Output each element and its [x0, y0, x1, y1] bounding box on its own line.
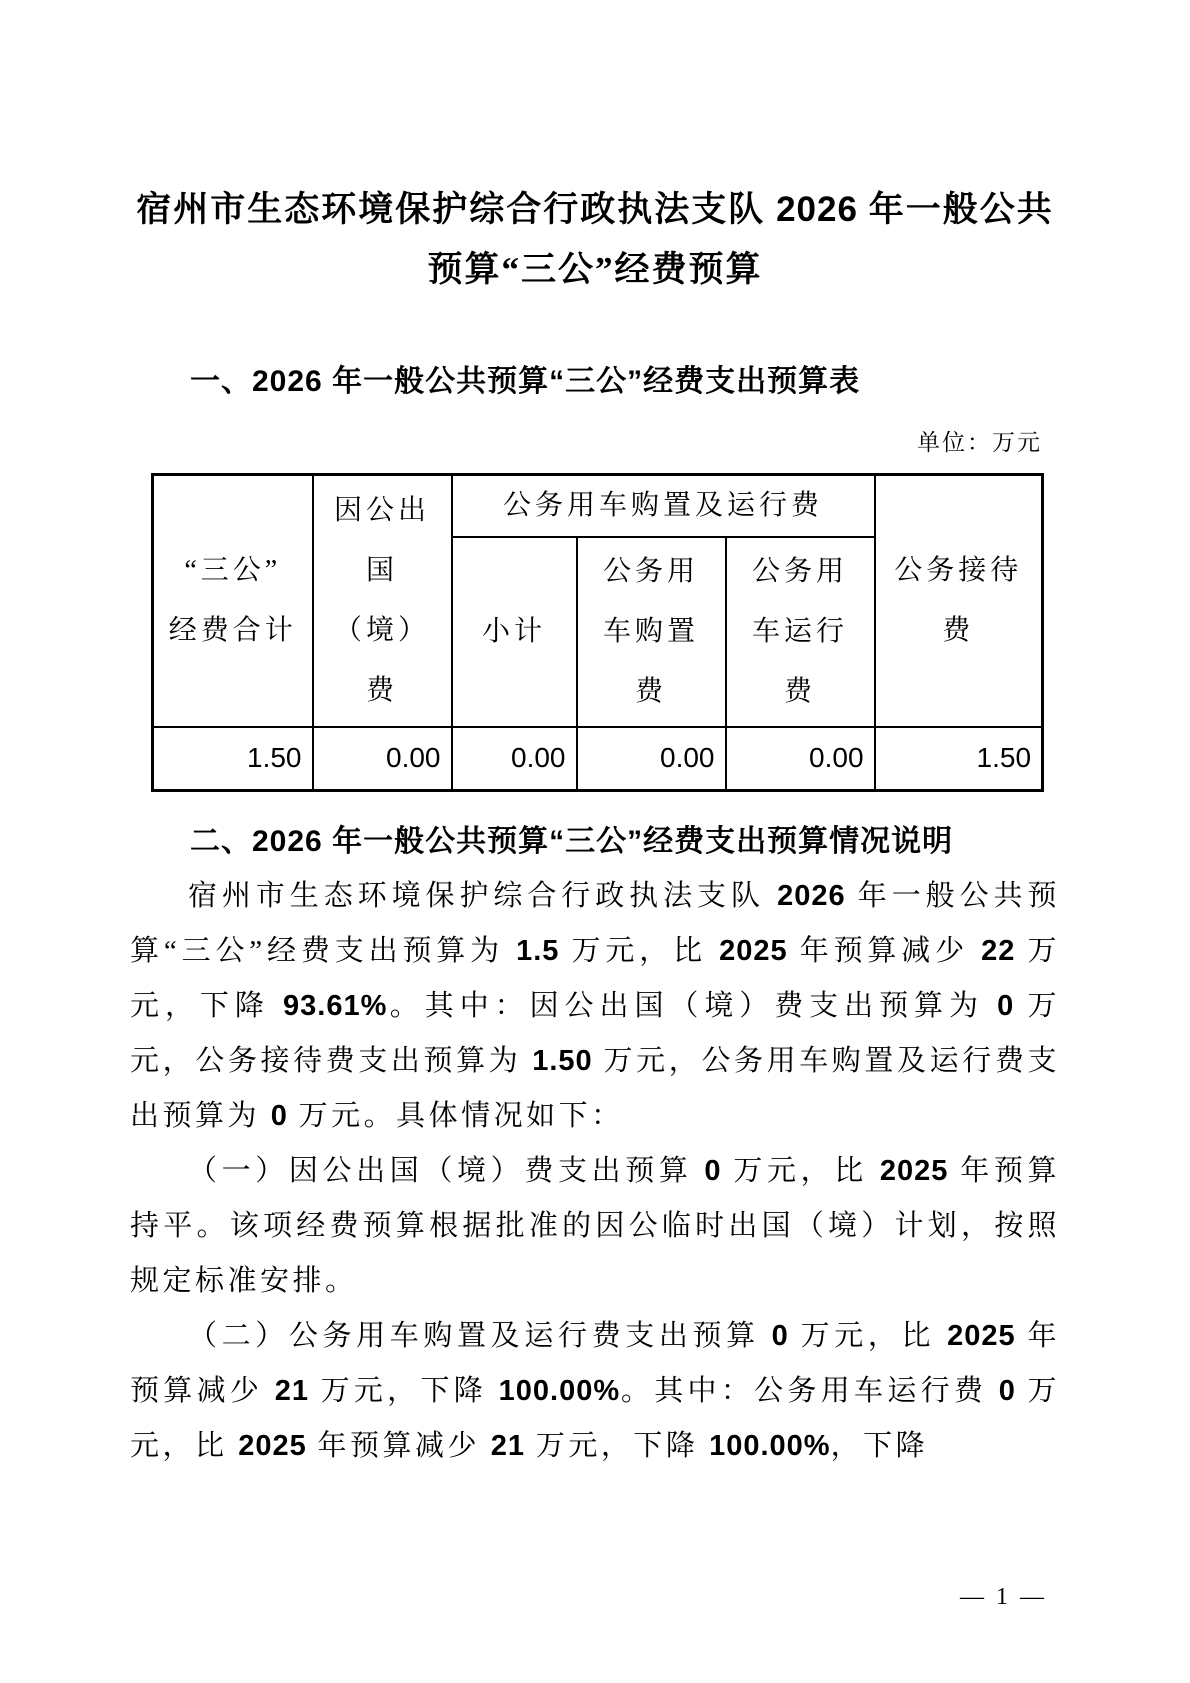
section-2-body: 宿州市生态环境保护综合行政执法支队 2026 年一般公共预算“三公”经费支出预算…	[130, 869, 1060, 1474]
document-page: 宿州市生态环境保护综合行政执法支队 2026 年一般公共 预算“三公”经费预算 …	[0, 0, 1190, 1683]
value-vehicle-operation: 0.00	[726, 727, 875, 790]
header-abroad-expense: 因公出 国（境） 费	[313, 475, 452, 728]
header-total-expense: “三公” 经费合计	[153, 475, 313, 728]
value-vehicle-purchase: 0.00	[577, 727, 726, 790]
header-vehicle-group: 公务用车购置及运行费	[452, 475, 875, 538]
page-number: — 1 —	[960, 1584, 1047, 1611]
section-2-heading: 二、2026 年一般公共预算“三公”经费支出预算情况说明	[130, 814, 1060, 869]
header-reception-expense: 公务接待 费	[875, 475, 1043, 728]
value-total-expense: 1.50	[153, 727, 313, 790]
header-vehicle-subtotal: 小计	[452, 537, 577, 727]
document-title-line-2: 预算“三公”经费预算	[130, 240, 1060, 300]
three-public-budget-table: “三公” 经费合计 因公出 国（境） 费 公务用车购置及运行费 公务接待 费 小…	[151, 473, 1044, 792]
table-data-row: 1.50 0.00 0.00 0.00 0.00 1.50	[153, 727, 1043, 790]
value-reception-expense: 1.50	[875, 727, 1043, 790]
document-title-line-1: 宿州市生态环境保护综合行政执法支队 2026 年一般公共	[130, 180, 1060, 240]
table-unit-note: 单位：万元	[130, 424, 1042, 457]
section-1-heading: 一、2026 年一般公共预算“三公”经费支出预算表	[130, 360, 1060, 404]
body-paragraph-vehicle: （二）公务用车购置及运行费支出预算 0 万元，比 2025 年预算减少 21 万…	[130, 1309, 1060, 1474]
header-vehicle-purchase: 公务用 车购置 费	[577, 537, 726, 727]
value-abroad-expense: 0.00	[313, 727, 452, 790]
table-header-row-group: “三公” 经费合计 因公出 国（境） 费 公务用车购置及运行费 公务接待 费	[153, 475, 1043, 538]
body-paragraph-overview: 宿州市生态环境保护综合行政执法支队 2026 年一般公共预算“三公”经费支出预算…	[130, 869, 1060, 1144]
header-vehicle-operation: 公务用 车运行 费	[726, 537, 875, 727]
value-vehicle-subtotal: 0.00	[452, 727, 577, 790]
body-paragraph-abroad: （一）因公出国（境）费支出预算 0 万元，比 2025 年预算持平。该项经费预算…	[130, 1144, 1060, 1309]
document-title: 宿州市生态环境保护综合行政执法支队 2026 年一般公共 预算“三公”经费预算	[130, 180, 1060, 300]
